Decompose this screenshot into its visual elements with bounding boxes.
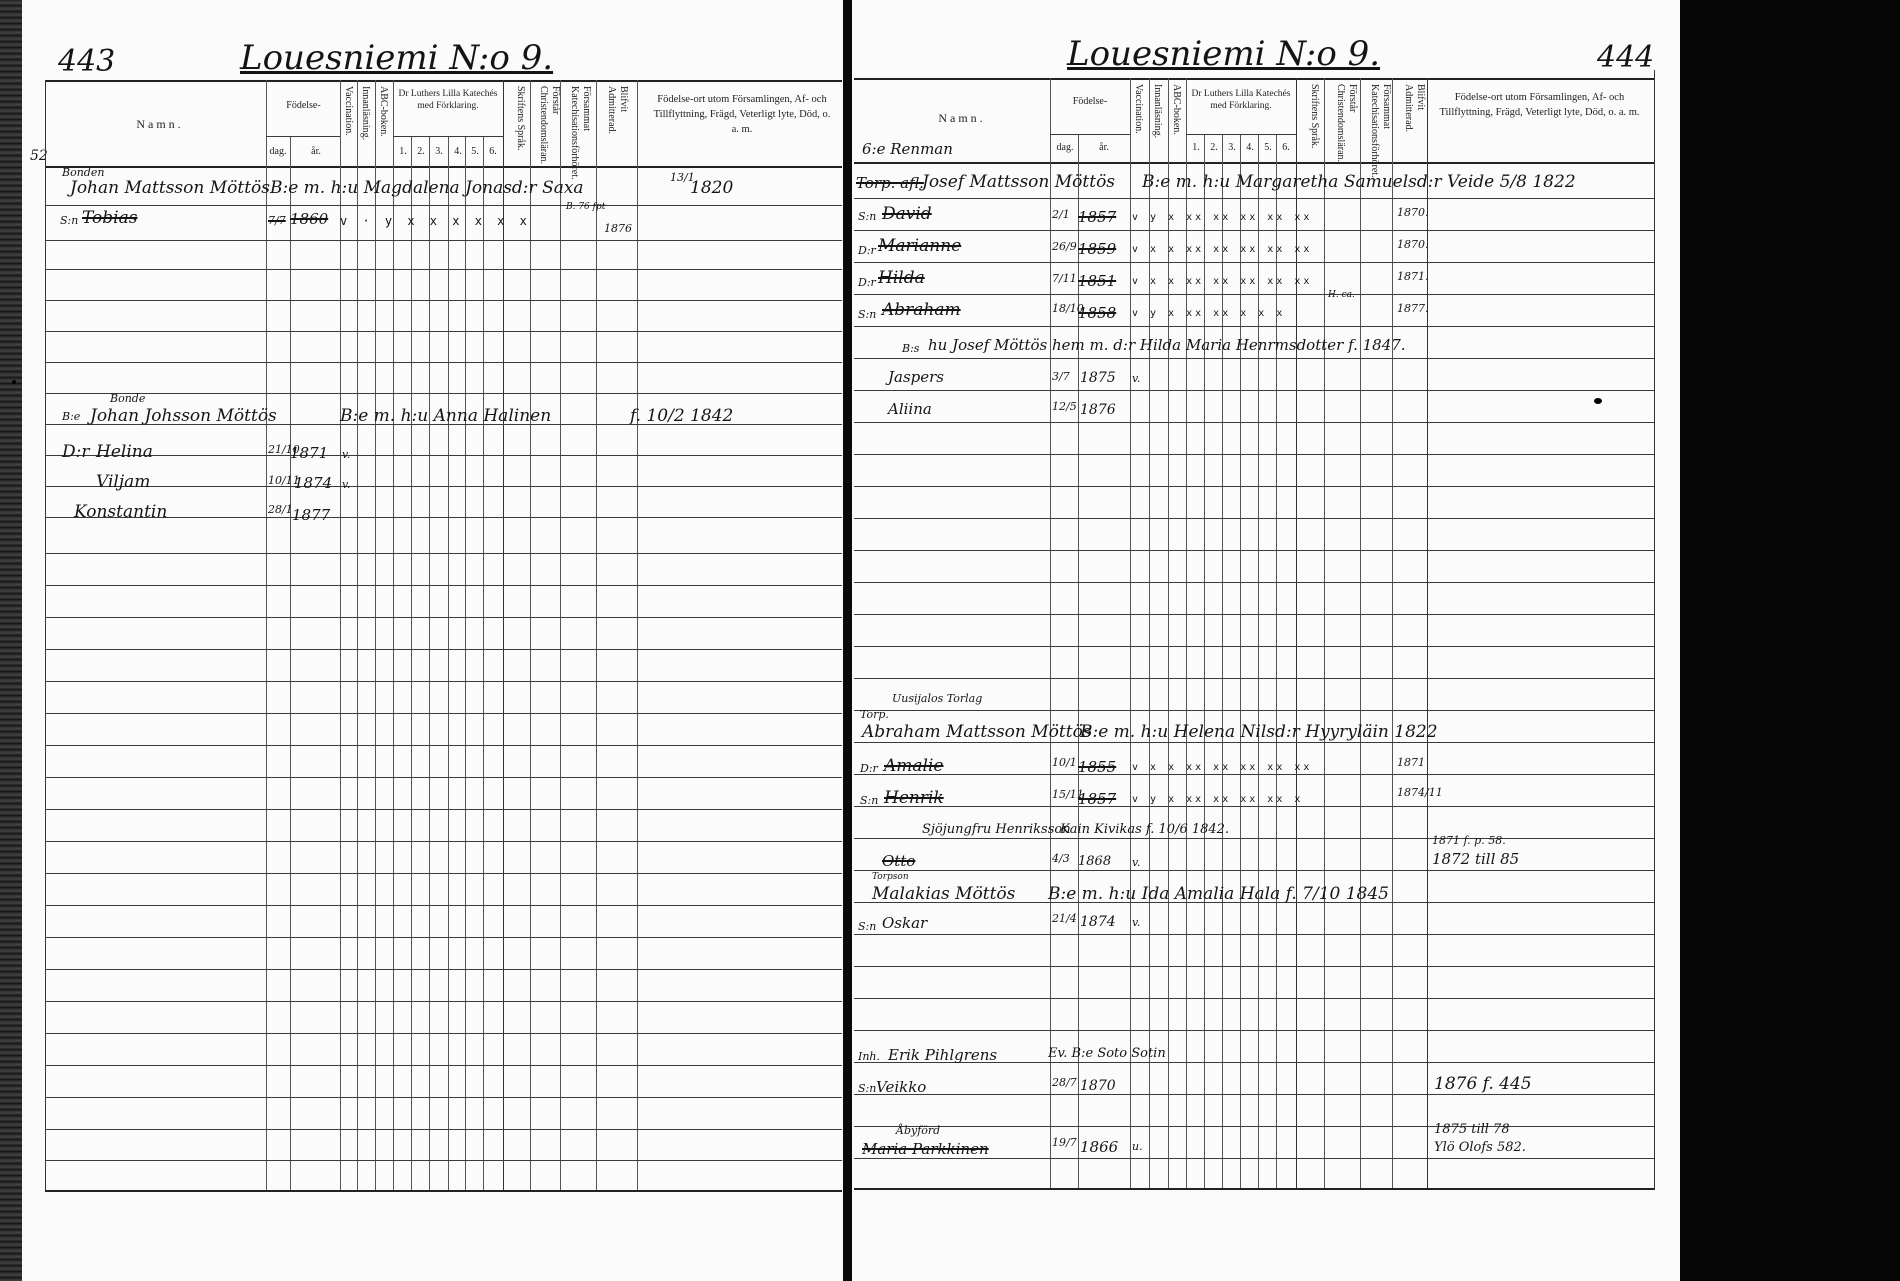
header-birth: Födelse- xyxy=(266,100,341,112)
entry-name: Henrik xyxy=(884,788,944,808)
ink-spot xyxy=(1594,398,1602,404)
entry-birth-day: 28/1 xyxy=(268,503,293,516)
header-admitted: Blifvit Admitterad. xyxy=(1402,84,1426,160)
catechism-part-2: 2. xyxy=(1206,142,1222,154)
catechism-part-6: 6. xyxy=(485,146,501,158)
entry-name: Abraham xyxy=(882,300,961,320)
entry-admitted: 1877. xyxy=(1397,302,1429,315)
table-left-border xyxy=(45,80,46,1190)
header-catechism-school: Försammat Katechisationsförhöret. xyxy=(1368,84,1392,160)
entry-birth-year: 1874 xyxy=(294,474,332,492)
entry-role: Torp. xyxy=(860,708,889,721)
entry-birth-year: 1857 xyxy=(1078,790,1116,808)
entry-note: B:e m. h:u Margaretha Samuelsd:r Veide 5… xyxy=(1142,172,1576,192)
header-birth-year: år. xyxy=(292,146,340,158)
catechism-part-1: 1. xyxy=(1188,142,1204,154)
header-scripture: Skriftens Språk. xyxy=(1308,84,1320,160)
entry-name: Maria Parkkinen xyxy=(862,1140,989,1158)
header-birth-day: dag. xyxy=(266,146,290,158)
entry-name: Aliina xyxy=(888,400,932,418)
entry-birth-day: 26/9 xyxy=(1052,240,1077,253)
entry-role: Inh. xyxy=(858,1050,880,1063)
left-page: 443 Louesniemi N:o 9. 52 Namn. Födelse- … xyxy=(0,0,846,1281)
entry-name: Konstantin xyxy=(74,502,167,522)
entry-birth-year: 1875 xyxy=(1080,370,1116,386)
entry-birth-day: 7/7 xyxy=(268,214,286,227)
entry-name: Abraham Mattsson Möttös xyxy=(862,722,1092,742)
header-notes: Födelse-ort utom Församlingen, Af- och T… xyxy=(652,92,832,137)
entry-note-2: Ylö Olofs 582. xyxy=(1434,1140,1526,1155)
entry-name: Helina xyxy=(96,442,153,462)
entry-name: David xyxy=(882,204,932,224)
entry-birth-year: 1877 xyxy=(292,506,330,524)
catechism-part-2: 2. xyxy=(413,146,429,158)
entry-name: Johan Mattsson Möttös xyxy=(70,178,270,198)
entry-role: Åbyförd xyxy=(896,1124,940,1137)
entry-role: D:r xyxy=(860,762,878,775)
entry-marks: v y x xx xx xx xx xx xyxy=(1132,212,1312,223)
ink-spot xyxy=(12,380,16,384)
entry-birth-year: 1851 xyxy=(1078,272,1116,290)
entry-birth-day: 2/1 xyxy=(1052,208,1070,221)
entry-birth-year: 1870 xyxy=(1080,1078,1116,1094)
entry-role: S:n xyxy=(858,920,876,933)
entry-admitted: 1876 xyxy=(604,222,632,235)
entry-role: B:s xyxy=(902,342,919,355)
entry-note: B:e m. h:u Ida Amalia Hala f. 7/10 1845 xyxy=(1048,884,1389,904)
header-bottom-rule xyxy=(45,166,842,168)
header-catechism: Dr Luthers Lilla Katechés med Förklaring… xyxy=(392,88,504,112)
entry-admitted-note: B. 76 fpt xyxy=(566,202,605,212)
entry-name: Marianne xyxy=(878,236,961,256)
entry-side-note: H. ca. xyxy=(1328,290,1355,300)
header-birth: Födelse- xyxy=(1052,96,1128,108)
header-birth-day: dag. xyxy=(1052,142,1078,154)
entry-birth-year: 1820 xyxy=(690,178,733,198)
entry-birth-year: 1874 xyxy=(1080,914,1116,930)
entry-role: Bonde xyxy=(110,392,145,405)
entry-name: Malakias Möttös xyxy=(872,884,1015,904)
header-top-rule xyxy=(854,78,1654,80)
header-scripture: Skriftens Språk. xyxy=(514,86,526,162)
header-abc-book: ABC-boken. xyxy=(377,86,389,162)
entry-birth-year: 1859 xyxy=(1078,240,1116,258)
entry-birth: f. 10/2 1842 xyxy=(630,406,733,426)
entry-role: D:r xyxy=(62,442,89,462)
entry-note: B:e m. h:u Anna Halinen xyxy=(340,406,551,426)
entry-name: Amalie xyxy=(884,756,943,776)
binding-edge xyxy=(0,0,22,1281)
entry-note: B:e m. h:u Magdalena Jonasd:r Saxa xyxy=(270,178,584,198)
entry-birth-year: 1855 xyxy=(1078,758,1116,776)
entry-birth-year: 1860 xyxy=(290,210,328,228)
entry-note: Ev. B:e Soto Sotin xyxy=(1048,1046,1166,1061)
entry-heading: Uusijalos Torlag xyxy=(892,692,982,705)
entry-name: Veikko xyxy=(876,1078,926,1096)
header-vaccination: Vaccination. xyxy=(342,86,354,162)
entry-mark: v. xyxy=(1132,372,1140,385)
entry-name: Otto xyxy=(882,852,915,870)
entry-birth-year: 1876 xyxy=(1080,402,1116,418)
entry-note-1: 1876 f. 445 xyxy=(1434,1074,1532,1094)
header-admitted: Blifvit Admitterad. xyxy=(605,86,629,162)
header-top-rule xyxy=(45,80,842,82)
entry-role: S:n xyxy=(60,214,78,227)
header-christian-doctrine: Förstår Christendomsläran. xyxy=(537,86,561,162)
entry-note: B:e m. h:u Helena Nilsd:r Hyyryläin 1822 xyxy=(1080,722,1438,742)
parish-title-left: Louesniemi N:o 9. xyxy=(240,38,553,78)
header-reading: Innanläsning. xyxy=(359,86,371,162)
entry-name: Hilda xyxy=(878,268,925,288)
entry-role: D:r xyxy=(858,276,876,289)
entry-birth-year: 1857 xyxy=(1078,208,1116,226)
entry-name: Johan Johsson Möttös xyxy=(90,406,277,426)
table-right-border xyxy=(1654,70,1655,1190)
header-name: Namn. xyxy=(120,118,200,130)
entry-marks: v x x xx xx xx xx xx xyxy=(1132,244,1312,255)
entry-marks: v · y x x x x x x xyxy=(340,214,531,228)
entry-note-1: 1871 f. p. 58. xyxy=(1432,834,1506,847)
catechism-part-6: 6. xyxy=(1278,142,1294,154)
entry-role: S:n xyxy=(858,1082,876,1095)
entry-note-1: 1875 till 78 xyxy=(1434,1122,1510,1137)
scan-background-right xyxy=(1680,0,1900,1281)
parish-title-right: Louesniemi N:o 9. xyxy=(1067,34,1380,74)
entry-role: Torpson xyxy=(872,872,909,882)
entry-birth-day: 28/7 xyxy=(1052,1076,1077,1089)
entry-birth-year: 1868 xyxy=(1078,854,1111,869)
entry-admitted: 1874/11 xyxy=(1397,786,1443,799)
entry-role: Torp. afl. xyxy=(856,174,924,192)
header-notes: Födelse-ort utom Församlingen, Af- och T… xyxy=(1432,90,1647,120)
header-reading: Innanläsning. xyxy=(1151,84,1163,160)
entry-role: S:n xyxy=(860,794,878,807)
entry-mark: v. xyxy=(342,478,350,491)
entry-name: Erik Pihlgrens xyxy=(888,1046,997,1064)
entry-name: Oskar xyxy=(882,914,927,932)
entry-name: hu Josef Möttös xyxy=(928,336,1047,354)
header-vaccination: Vaccination. xyxy=(1132,84,1144,160)
entry-name: Sjöjungfru Henriksson xyxy=(922,822,1071,837)
entry-birth-day: 3/7 xyxy=(1052,370,1070,383)
header-abc-book: ABC-boken. xyxy=(1170,84,1182,160)
header-bottom-rule xyxy=(854,162,1654,164)
header-catechism: Dr Luthers Lilla Katechés med Förklaring… xyxy=(1185,88,1297,112)
entry-prefix: B:e xyxy=(62,410,80,423)
catechism-part-5: 5. xyxy=(467,146,483,158)
entry-mark: v. xyxy=(342,448,350,461)
entry-role: D:r xyxy=(858,244,876,257)
entry-role: S:n xyxy=(858,210,876,223)
book-gutter xyxy=(843,0,852,1281)
entry-birth-day: 19/7 xyxy=(1052,1136,1077,1149)
section-heading: 6:e Renman xyxy=(862,140,953,158)
entry-marks: v x x xx xx xx xx xx xyxy=(1132,762,1312,773)
entry-birth-day: 12/5 xyxy=(1052,400,1077,413)
entry-role: S:n xyxy=(858,308,876,321)
entry-birth-day: 10/1 xyxy=(1052,756,1077,769)
header-christian-doctrine: Förstår Christendomsläran. xyxy=(1334,84,1358,160)
entry-marks: v x x xx xx xx xx xx xyxy=(1132,276,1312,287)
entry-birth-day: 4/3 xyxy=(1052,852,1070,865)
page-number-left: 443 xyxy=(58,44,115,79)
header-name: Namn. xyxy=(922,112,1002,124)
page-number-right: 444 xyxy=(1597,40,1654,75)
catechism-part-4: 4. xyxy=(1242,142,1258,154)
entry-birth-year: 1866 xyxy=(1080,1138,1118,1156)
catechism-part-3: 3. xyxy=(1224,142,1240,154)
entry-admitted: 1870. xyxy=(1397,206,1429,219)
entry-birth-day: 7/11 xyxy=(1052,272,1077,285)
entry-birth-year: 1871 xyxy=(290,444,328,462)
catechism-part-5: 5. xyxy=(1260,142,1276,154)
entry-marks: v y x xx xx xx xx x xyxy=(1132,794,1303,805)
entry-mark: u. xyxy=(1132,1140,1143,1153)
header-birth-year: år. xyxy=(1080,142,1128,154)
catechism-part-4: 4. xyxy=(450,146,466,158)
entry-admitted: 1870. xyxy=(1397,238,1429,251)
entry-name: Josef Mattsson Möttös xyxy=(922,172,1115,192)
entry-admitted: 1871. xyxy=(1397,270,1429,283)
entry-admitted: 1871 xyxy=(1397,756,1425,769)
header-catechism-school: Försammat Katechisationsförhöret. xyxy=(568,86,592,162)
catechism-part-1: 1. xyxy=(395,146,411,158)
entry-note-2: 1872 till 85 xyxy=(1432,850,1519,868)
entry-name: Jaspers xyxy=(888,368,944,386)
entry-name: Tobias xyxy=(82,208,137,228)
entry-birth-year: 1858 xyxy=(1078,304,1116,322)
right-page: Louesniemi N:o 9. 444 Namn. 6:e Renman F… xyxy=(852,0,1680,1281)
entry-note: hem m. d:r Hilda Maria Henrmsdotter f. 1… xyxy=(1052,336,1406,354)
entry-note: Kain Kivikas f. 10/6 1842. xyxy=(1060,822,1229,837)
entry-name: Viljam xyxy=(96,472,150,492)
catechism-part-3: 3. xyxy=(431,146,447,158)
entry-mark: v. xyxy=(1132,916,1140,929)
entry-marks: v y x xx xx x x x xyxy=(1132,308,1285,319)
entry-mark: v. xyxy=(1132,856,1140,869)
entry-birth-day: 21/4 xyxy=(1052,912,1077,925)
